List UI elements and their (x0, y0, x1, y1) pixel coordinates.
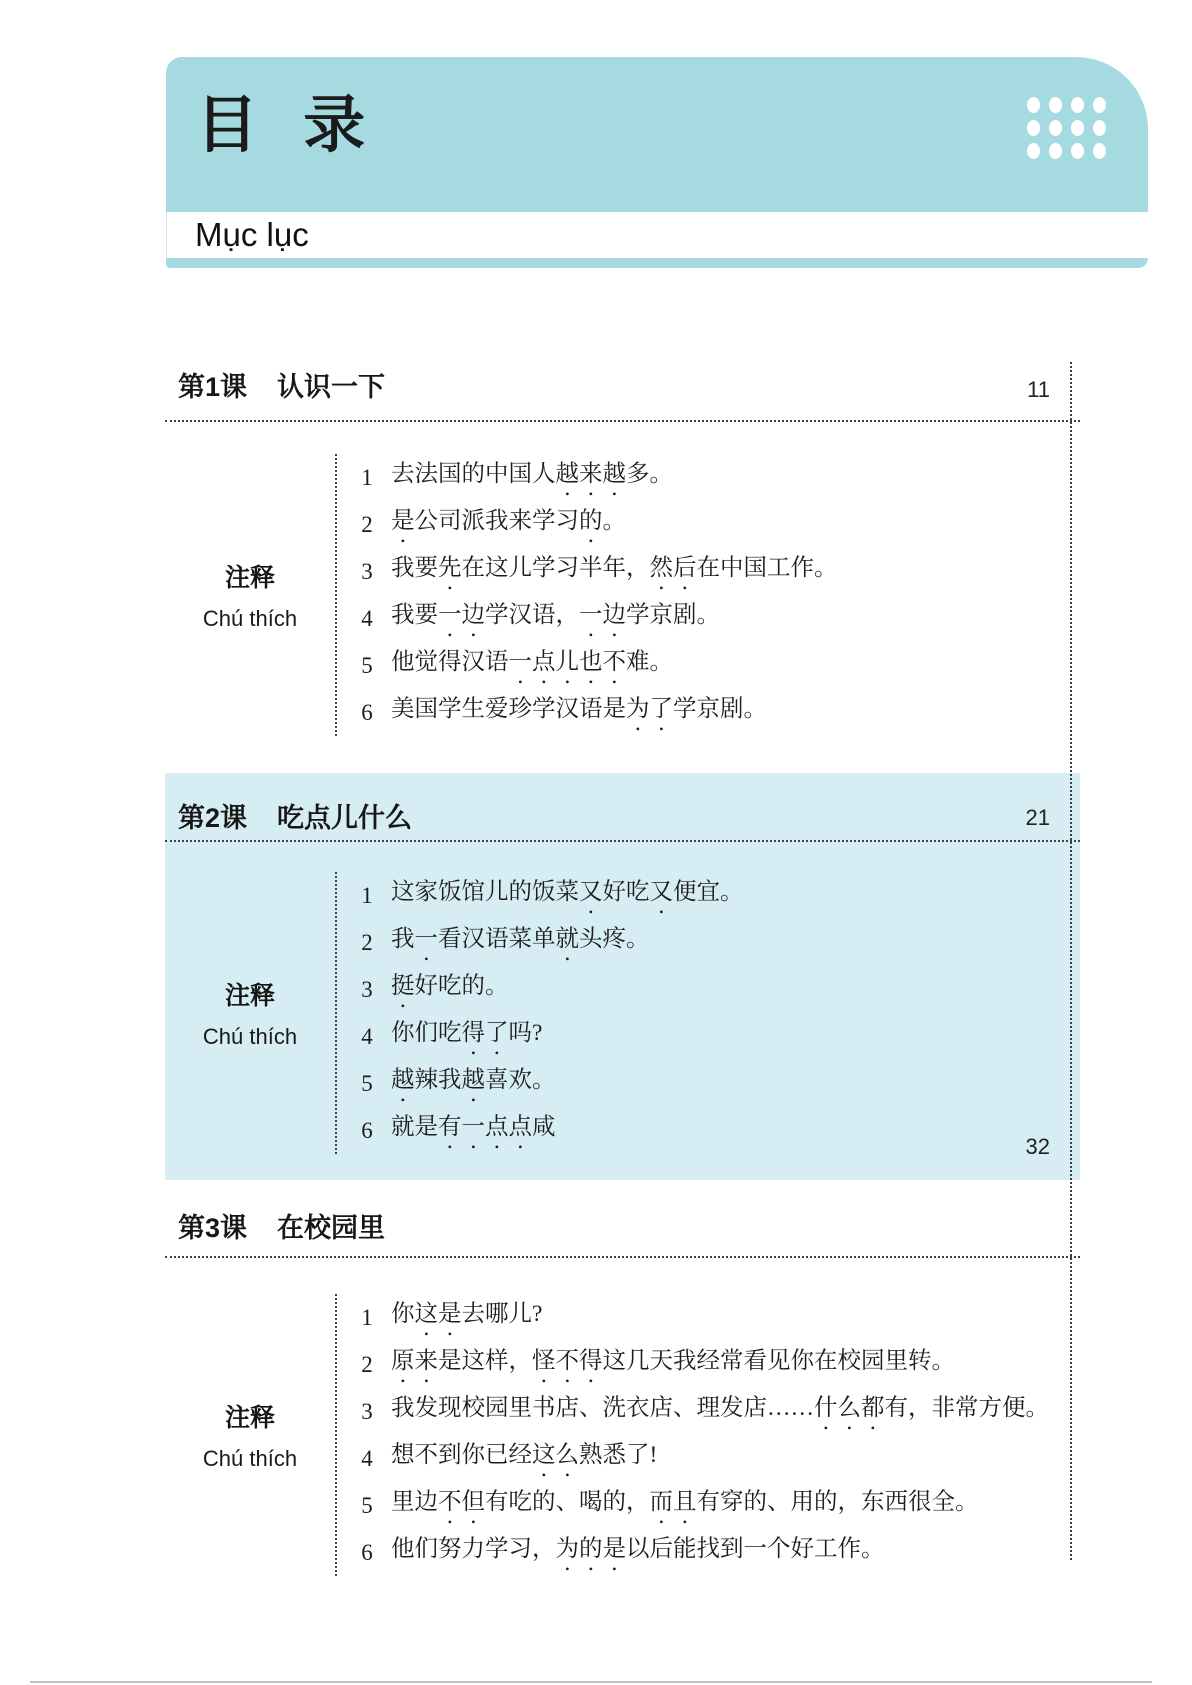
sentence-row: 5里边不但有吃的、喝的，而且有穿的、用的，东西很全。 (357, 1482, 1080, 1529)
lesson-page-number: 21 (1026, 804, 1050, 832)
notes-label-vi: Chú thích (203, 1024, 297, 1050)
emphasized-text: 一 (415, 926, 439, 952)
lesson-section: 第3课在校园里 32 注释 Chú thích 1你这是去哪儿?2原来是这样，怪… (165, 1201, 1080, 1586)
sentence-text: 越辣我越喜欢。 (391, 1060, 556, 1107)
sentence-number: 4 (357, 1446, 377, 1472)
sentence-row: 1你这是去哪儿? (357, 1294, 1080, 1341)
plain-text: 我 (391, 926, 415, 952)
lesson-page-number: 11 (1027, 376, 1050, 404)
plain-text: 咸 (532, 1114, 556, 1140)
sentence-text: 他觉得汉语一点儿也不难。 (391, 642, 673, 689)
sentence-row: 3我发现校园里书店、洗衣店、理发店……什么都有，非常方便。 (357, 1388, 1080, 1435)
sentence-text: 我一看汉语菜单就头疼。 (391, 919, 650, 966)
sentence-text: 就是有一点点咸 (391, 1107, 556, 1154)
sentence-number: 4 (357, 1024, 377, 1050)
sentence-text: 这家饭馆儿的饭菜又好吃又便宜。 (391, 872, 744, 919)
sentence-row: 1这家饭馆儿的饭菜又好吃又便宜。 (357, 872, 1080, 919)
sentence-number: 3 (357, 977, 377, 1003)
sentence-text: 原来是这样，怪不得这几天我经常看见你在校园里转。 (391, 1341, 955, 1388)
sentence-number: 1 (357, 883, 377, 909)
header-subtitle-bar: Mục lục (166, 212, 1148, 258)
sentence-row: 6就是有一点点咸 (357, 1107, 1080, 1154)
dot-icon (1049, 120, 1062, 136)
plain-text: 去哪儿? (462, 1301, 543, 1327)
sentence-row: 4我要一边学汉语，一边学京剧。 (357, 595, 1080, 642)
sentence-number: 6 (357, 1118, 377, 1144)
sentence-row: 2我一看汉语菜单就头疼。 (357, 919, 1080, 966)
emphasized-text: 怪不得 (532, 1348, 603, 1374)
sentence-row: 3挺好吃的。 (357, 966, 1080, 1013)
notes-label-cn: 注释 (225, 1398, 275, 1434)
sentence-row: 1去法国的中国人越来越多。 (357, 454, 1080, 501)
notes-label: 注释 Chú thích (165, 454, 335, 736)
lesson-header-row: 第1课认识一下 11 (165, 360, 1080, 422)
emphasized-text: 越 (391, 1067, 415, 1093)
sentence-row: 5越辣我越喜欢。 (357, 1060, 1080, 1107)
plain-text: 有吃的、喝的， (485, 1489, 650, 1515)
emphasized-text: 而且 (650, 1489, 697, 1515)
dot-icon (1093, 120, 1106, 136)
sentence-text: 想不到你已经这么熟悉了! (391, 1435, 657, 1482)
notes-label-vi: Chú thích (203, 606, 297, 632)
sentence-list: 1这家饭馆儿的饭菜又好吃又便宜。2我一看汉语菜单就头疼。3挺好吃的。4你们吃得了… (335, 872, 1080, 1154)
dot-icon (1027, 120, 1040, 136)
sentence-number: 6 (357, 1540, 377, 1566)
plain-text: 去法国的中国人 (391, 461, 556, 487)
emphasized-text: 什么都 (814, 1395, 885, 1421)
lesson-header-row: 第2课吃点儿什么 21 (165, 773, 1080, 842)
plain-text: 便宜。 (673, 879, 744, 905)
sentence-number: 5 (357, 653, 377, 679)
sentence-row: 2原来是这样，怪不得这几天我经常看见你在校园里转。 (357, 1341, 1080, 1388)
sentence-number: 5 (357, 1493, 377, 1519)
plain-text: 我发现校园里书店、洗衣店、理发店…… (391, 1395, 814, 1421)
plain-text: 在这儿学习半年， (462, 555, 650, 581)
plain-text: 学京剧。 (673, 696, 767, 722)
lesson-page-number: 32 (1026, 1133, 1050, 1161)
plain-text: 学京剧。 (626, 602, 720, 628)
lesson-title: 吃点儿什么 (277, 803, 412, 833)
emphasized-text: 又 (650, 879, 674, 905)
lesson-title: 在校园里 (277, 1213, 385, 1243)
sentence-number: 6 (357, 700, 377, 726)
plain-text: 。 (603, 508, 627, 534)
dot-icon (1093, 97, 1106, 113)
sentence-row: 6他们努力学习，为的是以后能找到一个好工作。 (357, 1529, 1080, 1576)
emphasized-text: 挺 (391, 973, 415, 999)
plain-text: 熟悉了! (579, 1442, 657, 1468)
plain-text: 想不到你已经 (391, 1442, 532, 1468)
plain-text: 好吃 (603, 879, 650, 905)
sentence-number: 1 (357, 465, 377, 491)
notes-label: 注释 Chú thích (165, 872, 335, 1154)
plain-text: 就是 (391, 1114, 438, 1140)
sentence-number: 3 (357, 1399, 377, 1425)
plain-text: 公司派我来学习 (415, 508, 580, 534)
lesson-body: 注释 Chú thích 1去法国的中国人越来越多。2是公司派我来学习的。3我要… (165, 422, 1080, 746)
toc-page: 目 录 Mục lục 第1课认识一下 11 注释 Chú thích 1去法国… (0, 0, 1192, 1685)
emphasized-text: 越 (462, 1067, 486, 1093)
notes-label-cn: 注释 (225, 558, 275, 594)
dot-icon (1049, 143, 1062, 159)
sentence-list: 1你这是去哪儿?2原来是这样，怪不得这几天我经常看见你在校园里转。3我发现校园里… (335, 1294, 1080, 1576)
notes-label-vi: Chú thích (203, 1446, 297, 1472)
sentence-text: 美国学生爱珍学汉语是为了学京剧。 (391, 689, 767, 736)
lesson-number: 第2课 (178, 803, 247, 833)
sentence-list: 1去法国的中国人越来越多。2是公司派我来学习的。3我要先在这儿学习半年，然后在中… (335, 454, 1080, 736)
sentence-row: 3我要先在这儿学习半年，然后在中国工作。 (357, 548, 1080, 595)
sentence-row: 6美国学生爱珍学汉语是为了学京剧。 (357, 689, 1080, 736)
plain-text: 学汉语， (485, 602, 579, 628)
dot-icon (1071, 120, 1084, 136)
page-subtitle: Mục lục (195, 216, 309, 254)
emphasized-text: 先 (438, 555, 462, 581)
notes-label: 注释 Chú thích (165, 1294, 335, 1576)
dot-icon (1027, 143, 1040, 159)
plain-text: 以后能找到一个好工作。 (626, 1536, 885, 1562)
plain-text: 是这样， (438, 1348, 532, 1374)
plain-text: 这几天我经常看见你在校园里转。 (603, 1348, 956, 1374)
dot-icon (1027, 97, 1040, 113)
emphasized-text: 是 (391, 508, 415, 534)
sentence-text: 去法国的中国人越来越多。 (391, 454, 673, 501)
plain-text: 喜欢。 (485, 1067, 556, 1093)
plain-text: 美国学生爱珍学汉语是 (391, 696, 626, 722)
sentence-text: 我要先在这儿学习半年，然后在中国工作。 (391, 548, 838, 595)
dot-icon (1049, 97, 1062, 113)
lesson-number: 第3课 (178, 1213, 247, 1243)
dot-icon (1093, 143, 1106, 159)
plain-text: 有穿的、用的，东西很全。 (697, 1489, 979, 1515)
sentence-text: 我要一边学汉语，一边学京剧。 (391, 595, 720, 642)
plain-text: 里边 (391, 1489, 438, 1515)
plain-text: 看汉语菜单 (438, 926, 556, 952)
emphasized-text: 这么 (532, 1442, 579, 1468)
dots-pattern (1027, 97, 1106, 159)
sentence-number: 2 (357, 930, 377, 956)
sentence-text: 是公司派我来学习的。 (391, 501, 626, 548)
lesson-body: 注释 Chú thích 1这家饭馆儿的饭菜又好吃又便宜。2我一看汉语菜单就头疼… (165, 842, 1080, 1180)
sentence-row: 4想不到你已经这么熟悉了! (357, 1435, 1080, 1482)
sentence-row: 4你们吃得了吗? (357, 1013, 1080, 1060)
sentence-number: 5 (357, 1071, 377, 1097)
plain-text: 他们努力学习， (391, 1536, 556, 1562)
plain-text: 多。 (626, 461, 673, 487)
sentence-text: 里边不但有吃的、喝的，而且有穿的、用的，东西很全。 (391, 1482, 979, 1529)
sentence-text: 他们努力学习，为的是以后能找到一个好工作。 (391, 1529, 885, 1576)
page-title: 目 录 (196, 93, 379, 159)
plain-text: 我要 (391, 555, 438, 581)
lesson-list: 第1课认识一下 11 注释 Chú thích 1去法国的中国人越来越多。2是公… (165, 360, 1080, 1586)
emphasized-text: 一边 (438, 602, 485, 628)
emphasized-text: 一点儿也不 (509, 649, 627, 675)
plain-text: 你们吃 (391, 1020, 462, 1046)
sentence-text: 你这是去哪儿? (391, 1294, 542, 1341)
plain-text: 这家饭馆儿的饭菜 (391, 879, 579, 905)
emphasized-text: 得了 (462, 1020, 509, 1046)
sentence-number: 4 (357, 606, 377, 632)
emphasized-text: 一边 (579, 602, 626, 628)
sentence-number: 2 (357, 1352, 377, 1378)
emphasized-text: 就 (556, 926, 580, 952)
plain-text: 他觉得汉语 (391, 649, 509, 675)
sentence-row: 2是公司派我来学习的。 (357, 501, 1080, 548)
emphasized-text: 然后 (650, 555, 697, 581)
plain-text: 难。 (626, 649, 673, 675)
lesson-number: 第1课 (178, 372, 247, 402)
emphasized-text: 不但 (438, 1489, 485, 1515)
lesson-section: 第2课吃点儿什么 21 注释 Chú thích 1这家饭馆儿的饭菜又好吃又便宜… (165, 773, 1080, 1180)
emphasized-text: 这是 (415, 1301, 462, 1327)
sentence-row: 5他觉得汉语一点儿也不难。 (357, 642, 1080, 689)
dot-icon (1071, 97, 1084, 113)
plain-text: 有，非常方便。 (885, 1395, 1050, 1421)
sentence-number: 1 (357, 1305, 377, 1331)
emphasized-text: 原来 (391, 1348, 438, 1374)
sentence-number: 3 (357, 559, 377, 585)
sentence-text: 我发现校园里书店、洗衣店、理发店……什么都有，非常方便。 (391, 1388, 1049, 1435)
sentence-text: 挺好吃的。 (391, 966, 509, 1013)
header-band: 目 录 Mục lục (166, 57, 1148, 268)
plain-text: 在中国工作。 (697, 555, 838, 581)
plain-text: 好吃的。 (415, 973, 509, 999)
emphasized-text: 的 (579, 508, 603, 534)
plain-text: 吗? (509, 1020, 543, 1046)
plain-text: 辣我 (415, 1067, 462, 1093)
lesson-title: 认识一下 (277, 372, 385, 402)
page-edge-shadow (30, 1681, 1152, 1683)
lesson-section: 第1课认识一下 11 注释 Chú thích 1去法国的中国人越来越多。2是公… (165, 360, 1080, 746)
emphasized-text: 为的是 (556, 1536, 627, 1562)
emphasized-text: 又 (579, 879, 603, 905)
plain-text: 你 (391, 1301, 415, 1327)
emphasized-text: 越来越 (556, 461, 627, 487)
notes-label-cn: 注释 (225, 976, 275, 1012)
lesson-body: 注释 Chú thích 1你这是去哪儿?2原来是这样，怪不得这几天我经常看见你… (165, 1258, 1080, 1586)
emphasized-text: 有一点点 (438, 1114, 532, 1140)
plain-text: 头疼。 (579, 926, 650, 952)
sentence-number: 2 (357, 512, 377, 538)
lesson-header-row: 第3课在校园里 32 (165, 1201, 1080, 1258)
emphasized-text: 为了 (626, 696, 673, 722)
sentence-text: 你们吃得了吗? (391, 1013, 542, 1060)
dot-icon (1071, 143, 1084, 159)
plain-text: 我要 (391, 602, 438, 628)
